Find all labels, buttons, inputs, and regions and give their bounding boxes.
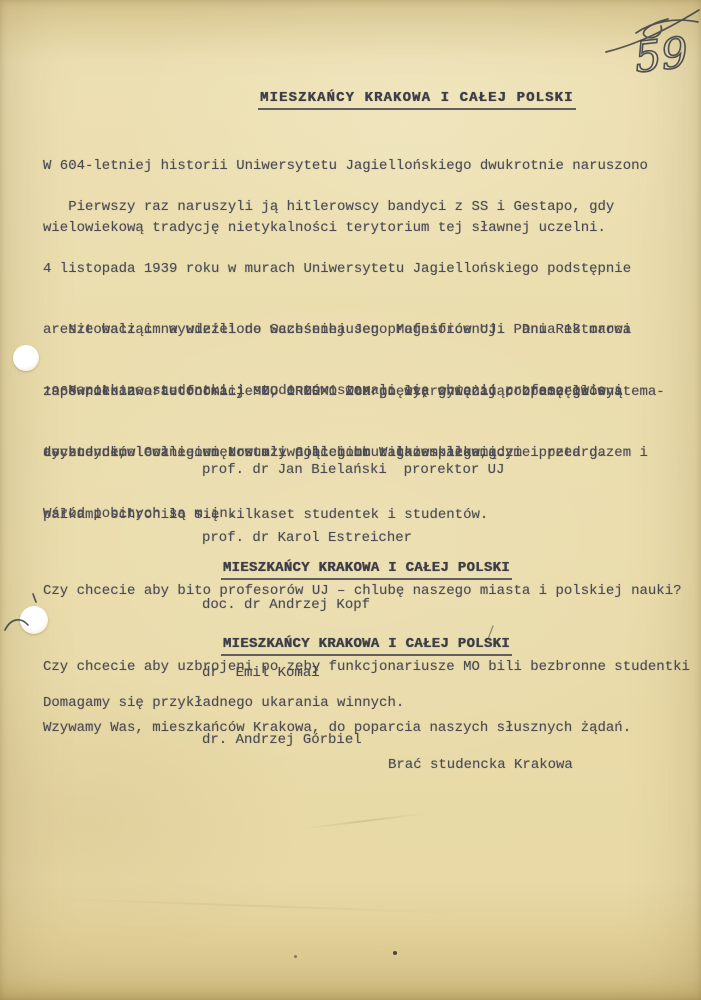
scanned-leaflet-photo: MIESZKAŃCY KRAKOWA I CAŁEJ POLSKI W 604-… (0, 0, 701, 1000)
punch-hole-top (13, 345, 39, 371)
injured-names-list: prof. dr Jan Bielański prorektor UJ prof… (202, 414, 504, 797)
appeal-to-citizens: Wzywamy Was, mieszkańców Krakowa, do pop… (43, 720, 631, 736)
question-professors: Czy chcecie aby bito profesorów UJ – chl… (43, 583, 682, 599)
signature: Brać studencka Krakowa (388, 757, 573, 773)
typed-line: Napotkane studentki i studentów starali … (43, 381, 623, 402)
list-item: prof. dr Jan Bielański prorektor UJ (202, 459, 504, 482)
punch-hole-bottom (20, 606, 48, 634)
paper-speck (294, 955, 297, 958)
question-students: Czy chcecie aby uzbrojeni po zęby funkcj… (43, 659, 690, 675)
demand-punishment: Domagamy się przykładnego ukarania winny… (43, 695, 404, 711)
typed-line: 4 listopada 1939 roku w murach Uniwersyt… (43, 259, 648, 280)
typed-line: Nie bacząc na udzielone wcześniej Jego M… (43, 320, 665, 341)
typed-line: Pierwszy raz naruszyli ją hitlerowscy ba… (43, 197, 648, 218)
paper-speck (393, 951, 397, 955)
